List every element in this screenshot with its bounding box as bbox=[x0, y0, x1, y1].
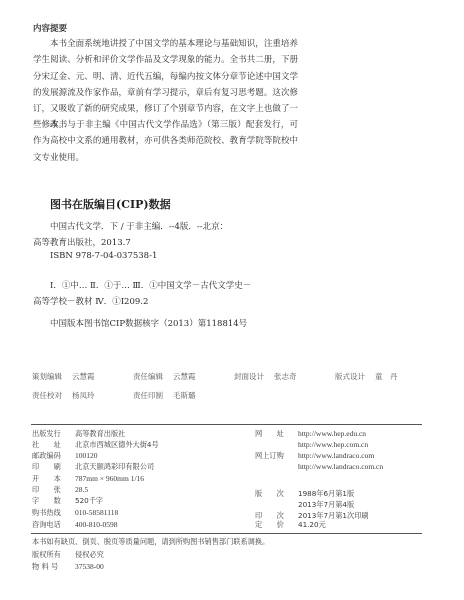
summary-paragraph-2: 本书与于非主编《中国古代文学作品选》（第三版）配套发行，可作为高校中文系的通用教… bbox=[33, 117, 298, 166]
pub-word-count: 字 数520千字 bbox=[32, 496, 103, 506]
staff-name: 云慧霞 bbox=[72, 372, 95, 381]
cip-classification-1: Ⅰ．①中… Ⅱ．①于… Ⅲ．①中国文学－古代文学史－ bbox=[50, 279, 251, 291]
staff-role: 责任编辑 bbox=[133, 371, 163, 382]
pub-sales-hotline: 购书热线010-58581118 bbox=[32, 508, 118, 518]
material-number-line: 物 料 号37538-00 bbox=[32, 562, 104, 572]
quality-notice: 本书如有缺页、倒页、脱页等质量问题，请到所购图书销售部门联系调换。 bbox=[32, 537, 269, 547]
order-link[interactable]: http://www.landraco.com.cn bbox=[298, 462, 383, 471]
divider-top bbox=[31, 424, 422, 425]
pub-printer: 印 刷北京天颐鸿彩印有限公司 bbox=[32, 462, 154, 472]
divider-bottom bbox=[31, 533, 422, 534]
material-value: 37538-00 bbox=[75, 562, 104, 571]
cip-line-1: 中国古代文学．下 / 于非主编．--4版．--北京： bbox=[50, 220, 228, 232]
cip-line-2: 高等教育出版社，2013.7 bbox=[33, 236, 131, 248]
staff-role: 封面设计 bbox=[234, 371, 264, 382]
staff-name: 童 丹 bbox=[375, 372, 398, 381]
staff-name: 张志奇 bbox=[274, 372, 297, 381]
staff-role: 策划编辑 bbox=[32, 371, 62, 382]
summary-heading: 内容提要 bbox=[33, 22, 67, 34]
copyright-line: 版权所有侵权必究 bbox=[32, 550, 104, 560]
staff-name: 毛斯璐 bbox=[173, 391, 196, 400]
pub-publisher: 出版发行高等教育出版社 bbox=[32, 429, 125, 439]
pub-postcode: 邮政编码100120 bbox=[32, 451, 98, 461]
staff-cover-design: 封面设计张志奇 bbox=[234, 371, 297, 382]
cip-isbn: ISBN 978-7-04-037538-1 bbox=[50, 251, 157, 261]
copyright-label: 版权所有 bbox=[32, 550, 75, 560]
staff-proofreader: 责任校对杨凤玲 bbox=[32, 390, 95, 401]
pub-website-1: 网 址http://www.hep.edu.cn bbox=[255, 429, 366, 439]
staff-layout-design: 版式设计童 丹 bbox=[335, 371, 398, 382]
copyright-value: 侵权必究 bbox=[75, 550, 104, 559]
pub-online-order-1: 网上订购http://www.landraco.com bbox=[255, 451, 374, 461]
pub-website-2: http://www.hep.com.cn bbox=[255, 440, 368, 449]
pub-inquiry-phone: 咨询电话400-810-0598 bbox=[32, 520, 118, 530]
website-link[interactable]: http://www.hep.edu.cn bbox=[298, 429, 366, 438]
staff-name: 云慧霞 bbox=[173, 372, 196, 381]
staff-planning-editor: 策划编辑云慧霞 bbox=[32, 371, 95, 382]
pub-edition-1: 版 次1988年6月第1版 bbox=[255, 489, 354, 499]
material-label: 物 料 号 bbox=[32, 562, 75, 572]
website-link[interactable]: http://www.hep.com.cn bbox=[298, 440, 368, 449]
cip-record-number: 中国版本图书馆CIP数据核字（2013）第118814号 bbox=[50, 317, 247, 329]
pub-price: 定 价41.20元 bbox=[255, 520, 326, 530]
cip-classification-2: 高等学校－教材 Ⅳ．①I209.2 bbox=[33, 295, 148, 307]
pub-sheets: 印 张28.5 bbox=[32, 485, 88, 495]
pub-format: 开 本787mm × 960mm 1/16 bbox=[32, 474, 144, 484]
staff-role: 版式设计 bbox=[335, 371, 365, 382]
pub-edition-2: 2013年7月第4版 bbox=[255, 500, 354, 510]
staff-printing-supervisor: 责任印制毛斯璐 bbox=[133, 390, 196, 401]
staff-name: 杨凤玲 bbox=[72, 391, 95, 400]
order-link[interactable]: http://www.landraco.com bbox=[298, 451, 374, 460]
staff-role: 责任校对 bbox=[32, 390, 62, 401]
pub-online-order-2: http://www.landraco.com.cn bbox=[255, 462, 383, 471]
pub-address: 社 址北京市西城区德外大街4号 bbox=[32, 440, 159, 450]
cip-title: 图书在版编目(CIP)数据 bbox=[50, 196, 171, 212]
staff-responsible-editor: 责任编辑云慧霞 bbox=[133, 371, 196, 382]
staff-role: 责任印制 bbox=[133, 390, 163, 401]
